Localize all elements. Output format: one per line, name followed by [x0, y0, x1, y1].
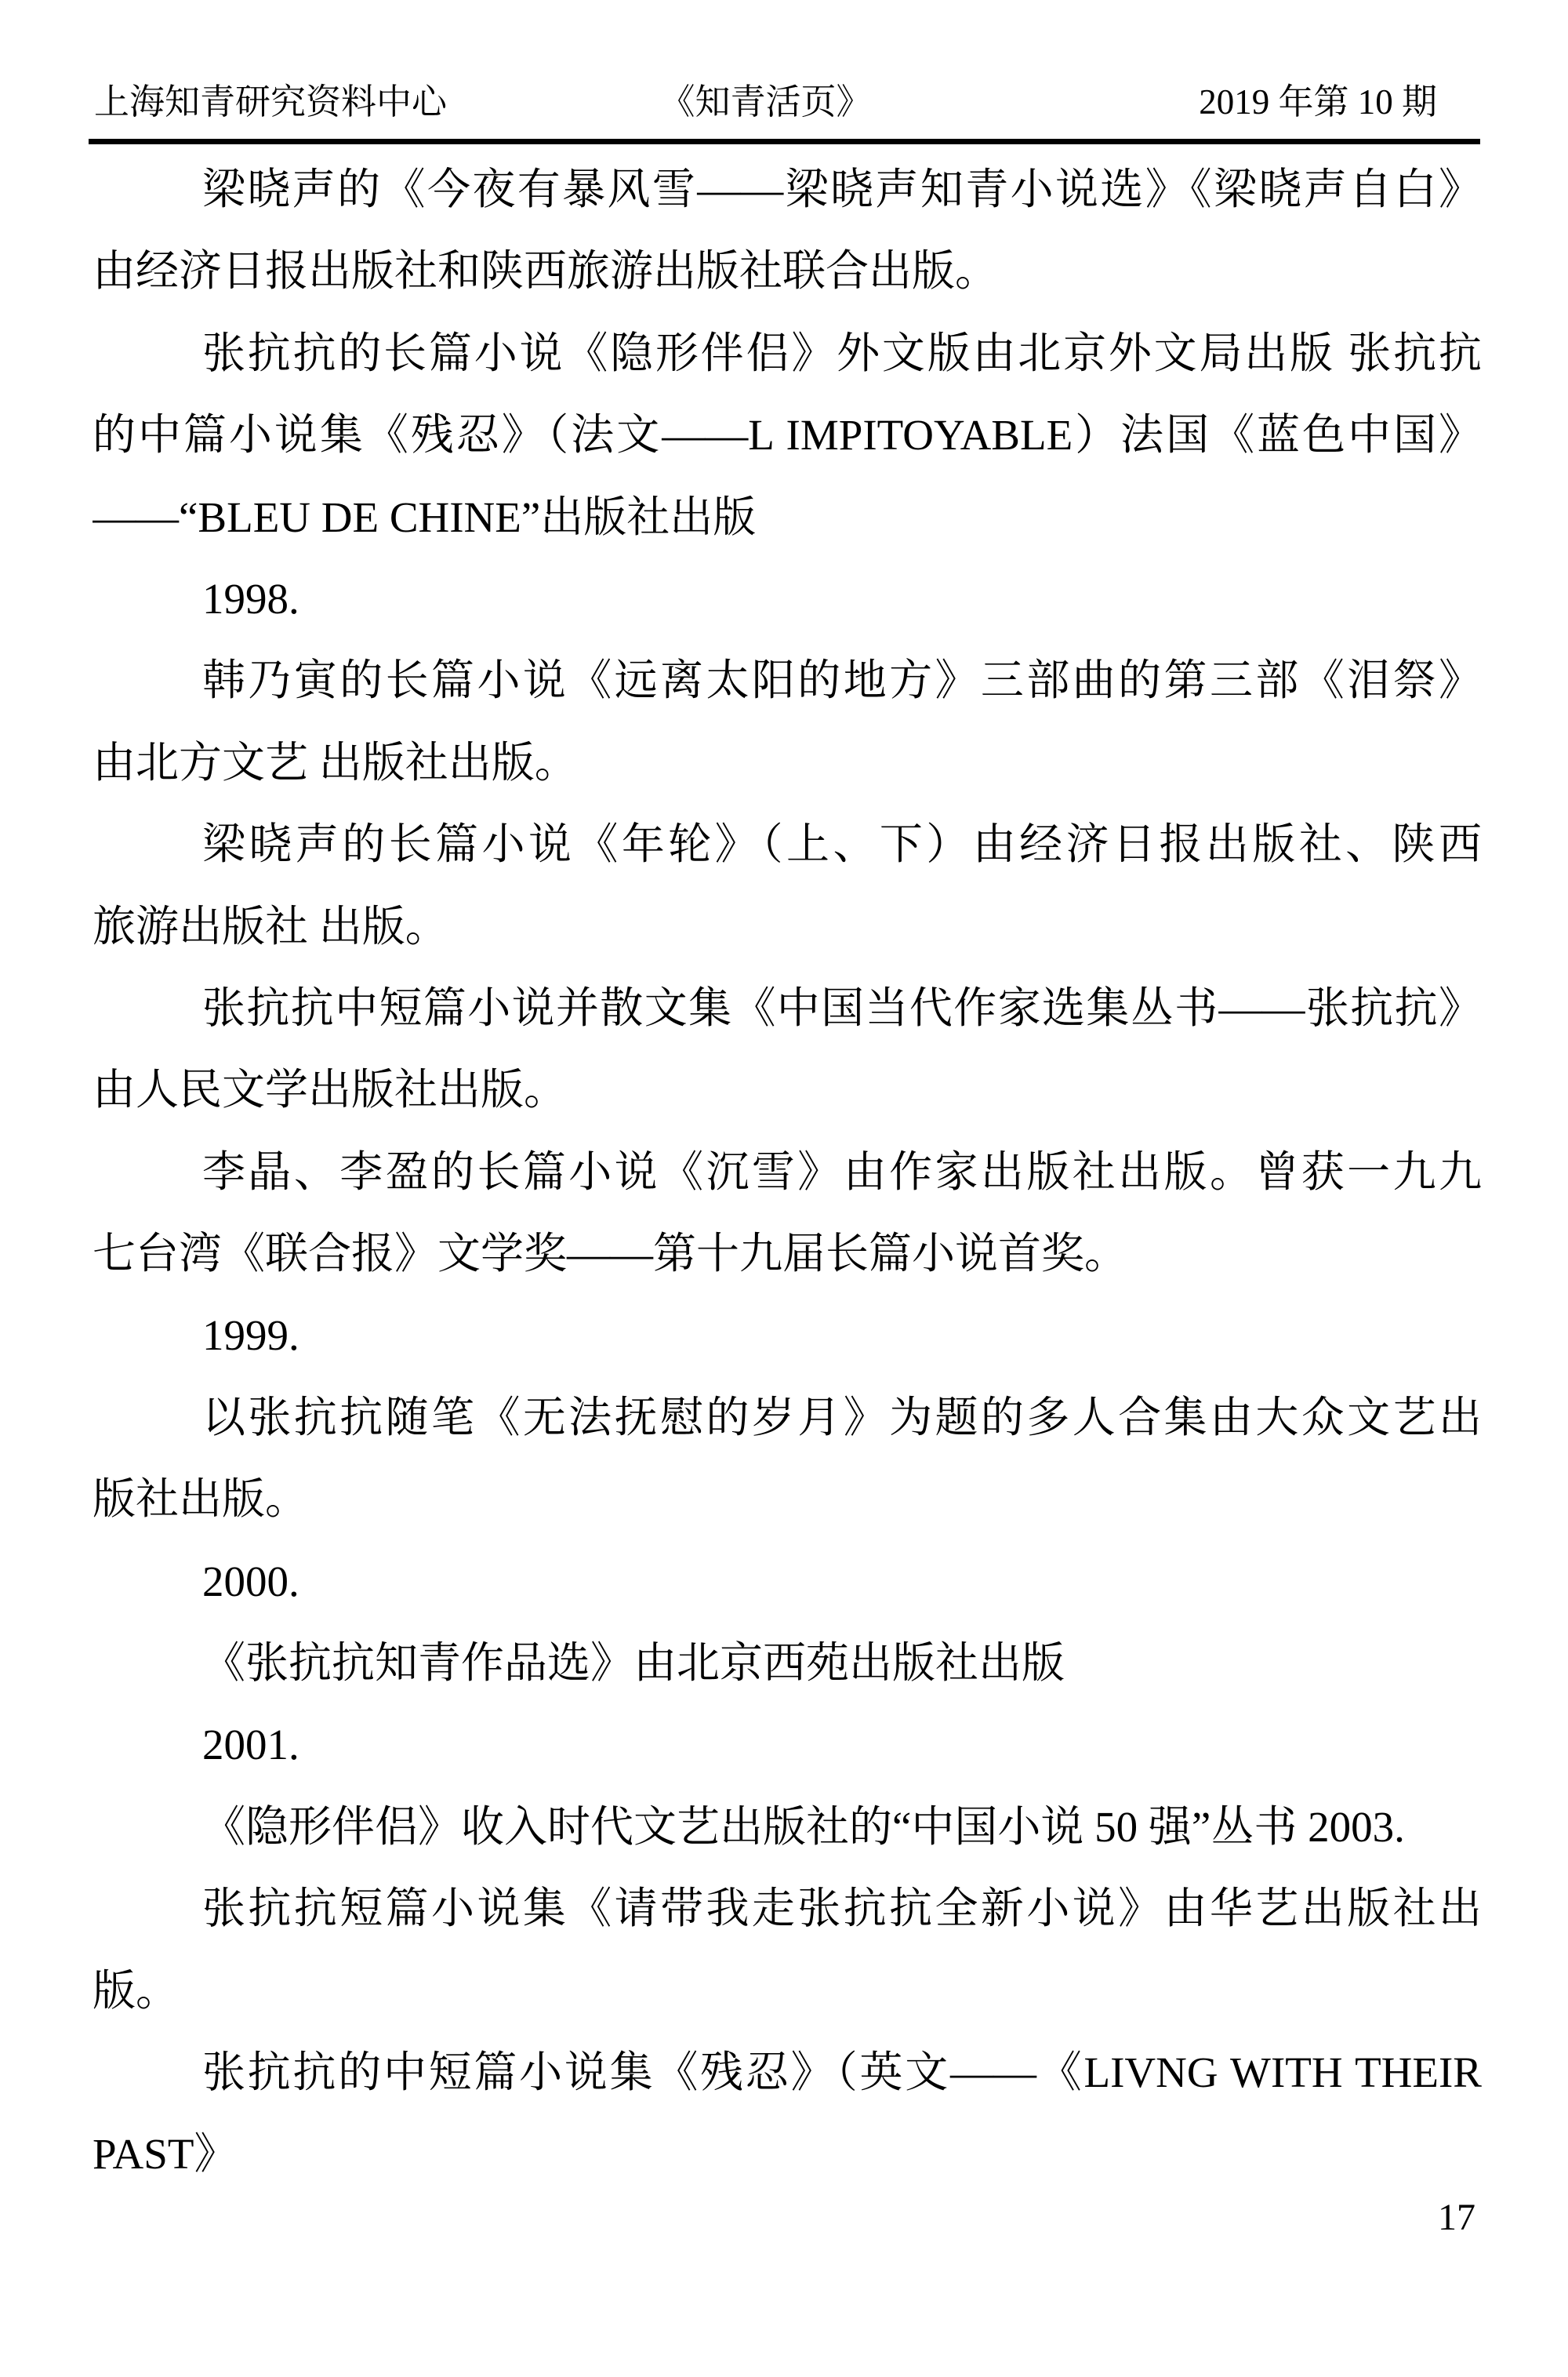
body-line: 张抗抗中短篇小说并散文集《中国当代作家选集丛书——张抗抗》 — [93, 968, 1482, 1049]
body-line: 梁晓声的《今夜有暴风雪——梁晓声知青小说选》《梁晓声自白》 — [93, 149, 1482, 231]
page-number: 17 — [1438, 2196, 1475, 2240]
body-line: 的中篇小说集《残忍》（法文——L IMPITOYABLE）法国《蓝色中国》 — [93, 394, 1482, 476]
header-divider — [89, 139, 1480, 144]
body-line: 梁晓声的长篇小说《年轮》（上、下）由经济日报出版社、陕西 — [93, 804, 1482, 885]
body-line: 《张抗抗知青作品选》由北京西苑出版社出版 — [93, 1623, 1482, 1704]
body-line: 七台湾《联合报》文学奖——第十九届长篇小说首奖。 — [93, 1213, 1482, 1295]
page-header: 上海知青研究资料中心 《知青活页》 2019 年第 10 期 — [94, 78, 1480, 125]
body-line: 张抗抗短篇小说集《请带我走张抗抗全新小说》由华艺出版社出 — [93, 1868, 1482, 1950]
body-line: 李晶、李盈的长篇小说《沉雪》由作家出版社出版。曾获一九九 — [93, 1132, 1482, 1213]
body-line: 2000. — [93, 1541, 1482, 1623]
body-line: 版社出版。 — [93, 1459, 1482, 1540]
body-line: 1999. — [93, 1295, 1482, 1376]
body-line: 张抗抗的中短篇小说集《残忍》（英文——《LIVNG WITH THEIR — [93, 2032, 1482, 2113]
document-page: 上海知青研究资料中心 《知青活页》 2019 年第 10 期 梁晓声的《今夜有暴… — [0, 0, 1568, 2377]
body-line: ——“BLEU DE CHINE”出版社出版 — [93, 477, 1482, 558]
body-line: PAST》 — [93, 2113, 1482, 2195]
body-line: 张抗抗的长篇小说《隐形伴侣》外文版由北京外文局出版 张抗抗 — [93, 313, 1482, 394]
body-line: 韩乃寅的长篇小说《远离太阳的地方》三部曲的第三部《泪祭》 — [93, 640, 1482, 721]
body-line: 由经济日报出版社和陕西旅游出版社联合出版。 — [93, 231, 1482, 312]
body-line: 2001. — [93, 1704, 1482, 1786]
header-org-name: 上海知青研究资料中心 — [94, 78, 542, 125]
body-line: 以张抗抗随笔《无法抚慰的岁月》为题的多人合集由大众文艺出 — [93, 1377, 1482, 1459]
body-line: 由北方文艺 出版社出版。 — [93, 722, 1482, 804]
body-line: 版。 — [93, 1950, 1482, 2032]
body-line: 1998. — [93, 558, 1482, 640]
body-line: 由人民文学出版社出版。 — [93, 1049, 1482, 1131]
body-line: 旅游出版社 出版。 — [93, 886, 1482, 968]
header-publication-title: 《知青活页》 — [542, 78, 989, 125]
body-line: 《隐形伴侣》收入时代文艺出版社的“中国小说 50 强”丛书 2003. — [93, 1786, 1482, 1868]
header-issue-info: 2019 年第 10 期 — [989, 78, 1480, 125]
document-body: 梁晓声的《今夜有暴风雪——梁晓声知青小说选》《梁晓声自白》 由经济日报出版社和陕… — [93, 149, 1482, 2196]
